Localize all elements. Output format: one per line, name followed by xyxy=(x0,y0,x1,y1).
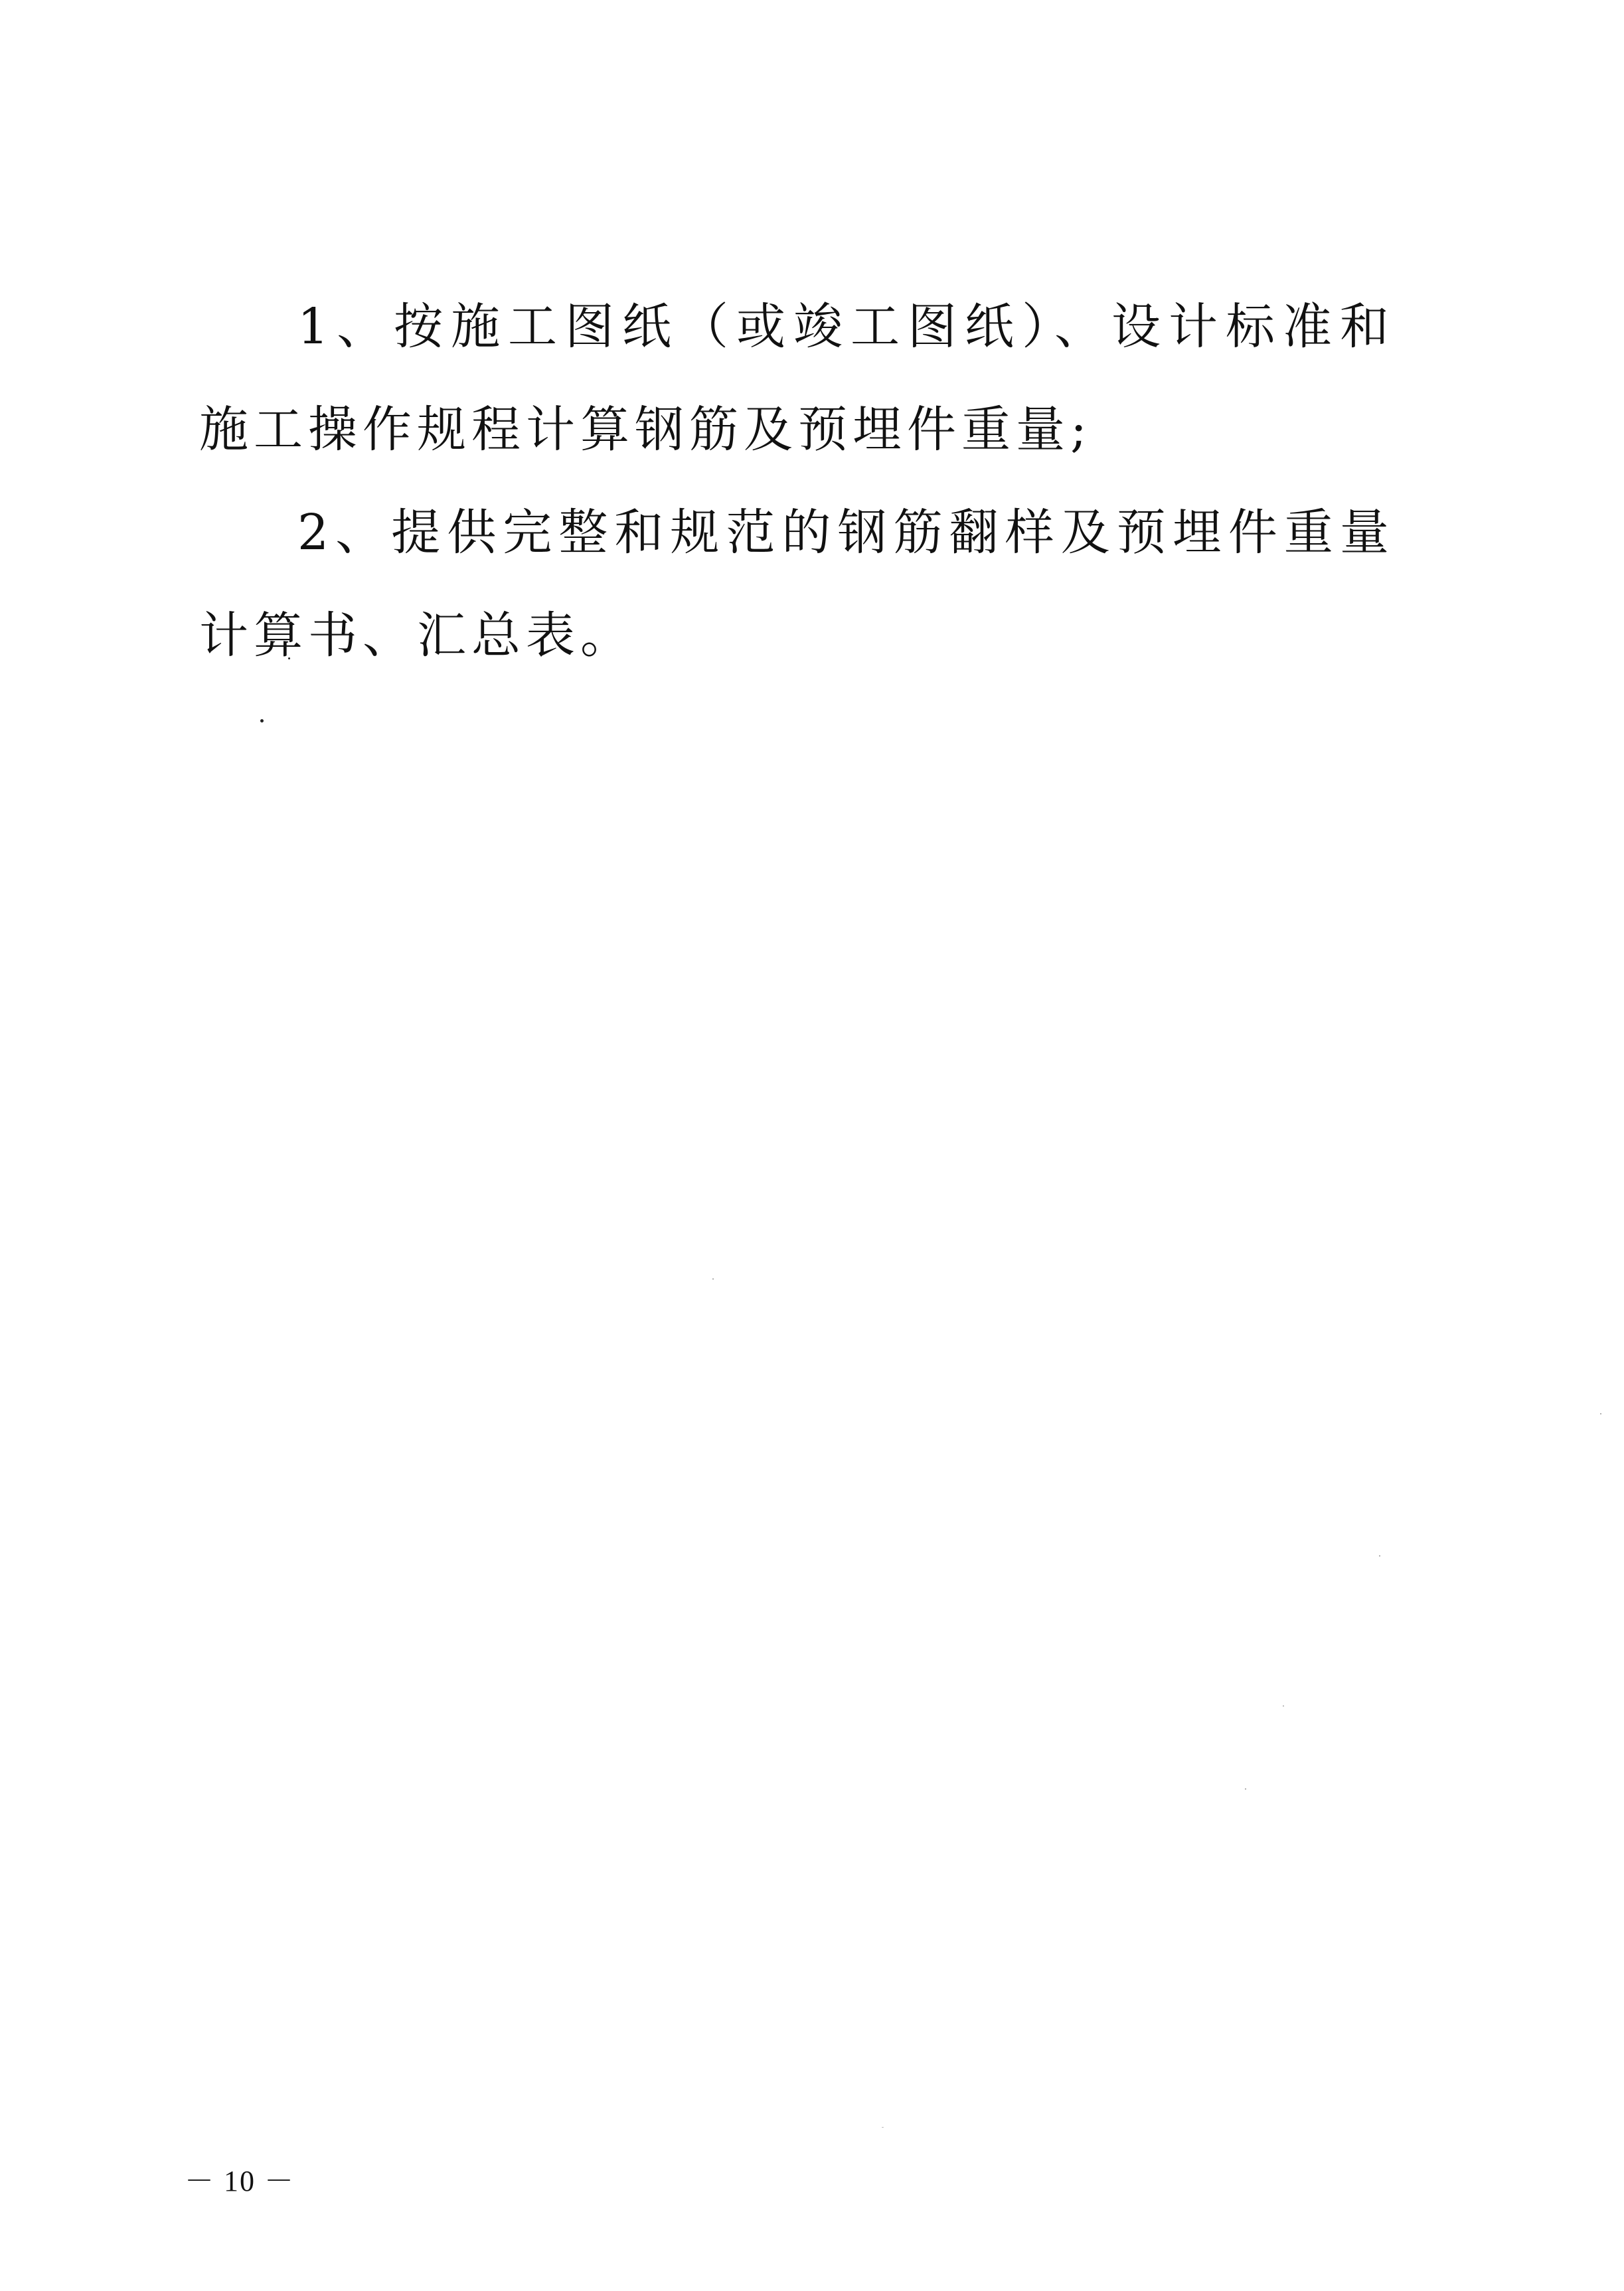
scan-speck xyxy=(882,2127,884,2128)
scan-speck xyxy=(1379,1555,1380,1557)
paragraph-item-2: 2、提供完整和规范的钢筋翻样及预埋件重量计算书、汇总表。 xyxy=(199,481,1394,687)
scan-speck xyxy=(288,657,290,659)
scan-speck xyxy=(1245,1788,1246,1790)
page-number: － 10 － xyxy=(185,2157,295,2199)
scan-speck xyxy=(260,719,264,722)
scan-speck xyxy=(712,1278,714,1280)
paragraph-item-1: 1、按施工图纸（或竣工图纸）、设计标准和施工操作规程计算钢筋及预埋件重量; xyxy=(199,276,1394,481)
document-page: 1、按施工图纸（或竣工图纸）、设计标准和施工操作规程计算钢筋及预埋件重量; 2、… xyxy=(0,0,1624,2291)
scan-speck xyxy=(1283,1705,1284,1707)
scan-speck xyxy=(1600,1413,1601,1414)
document-body: 1、按施工图纸（或竣工图纸）、设计标准和施工操作规程计算钢筋及预埋件重量; 2、… xyxy=(199,276,1394,687)
